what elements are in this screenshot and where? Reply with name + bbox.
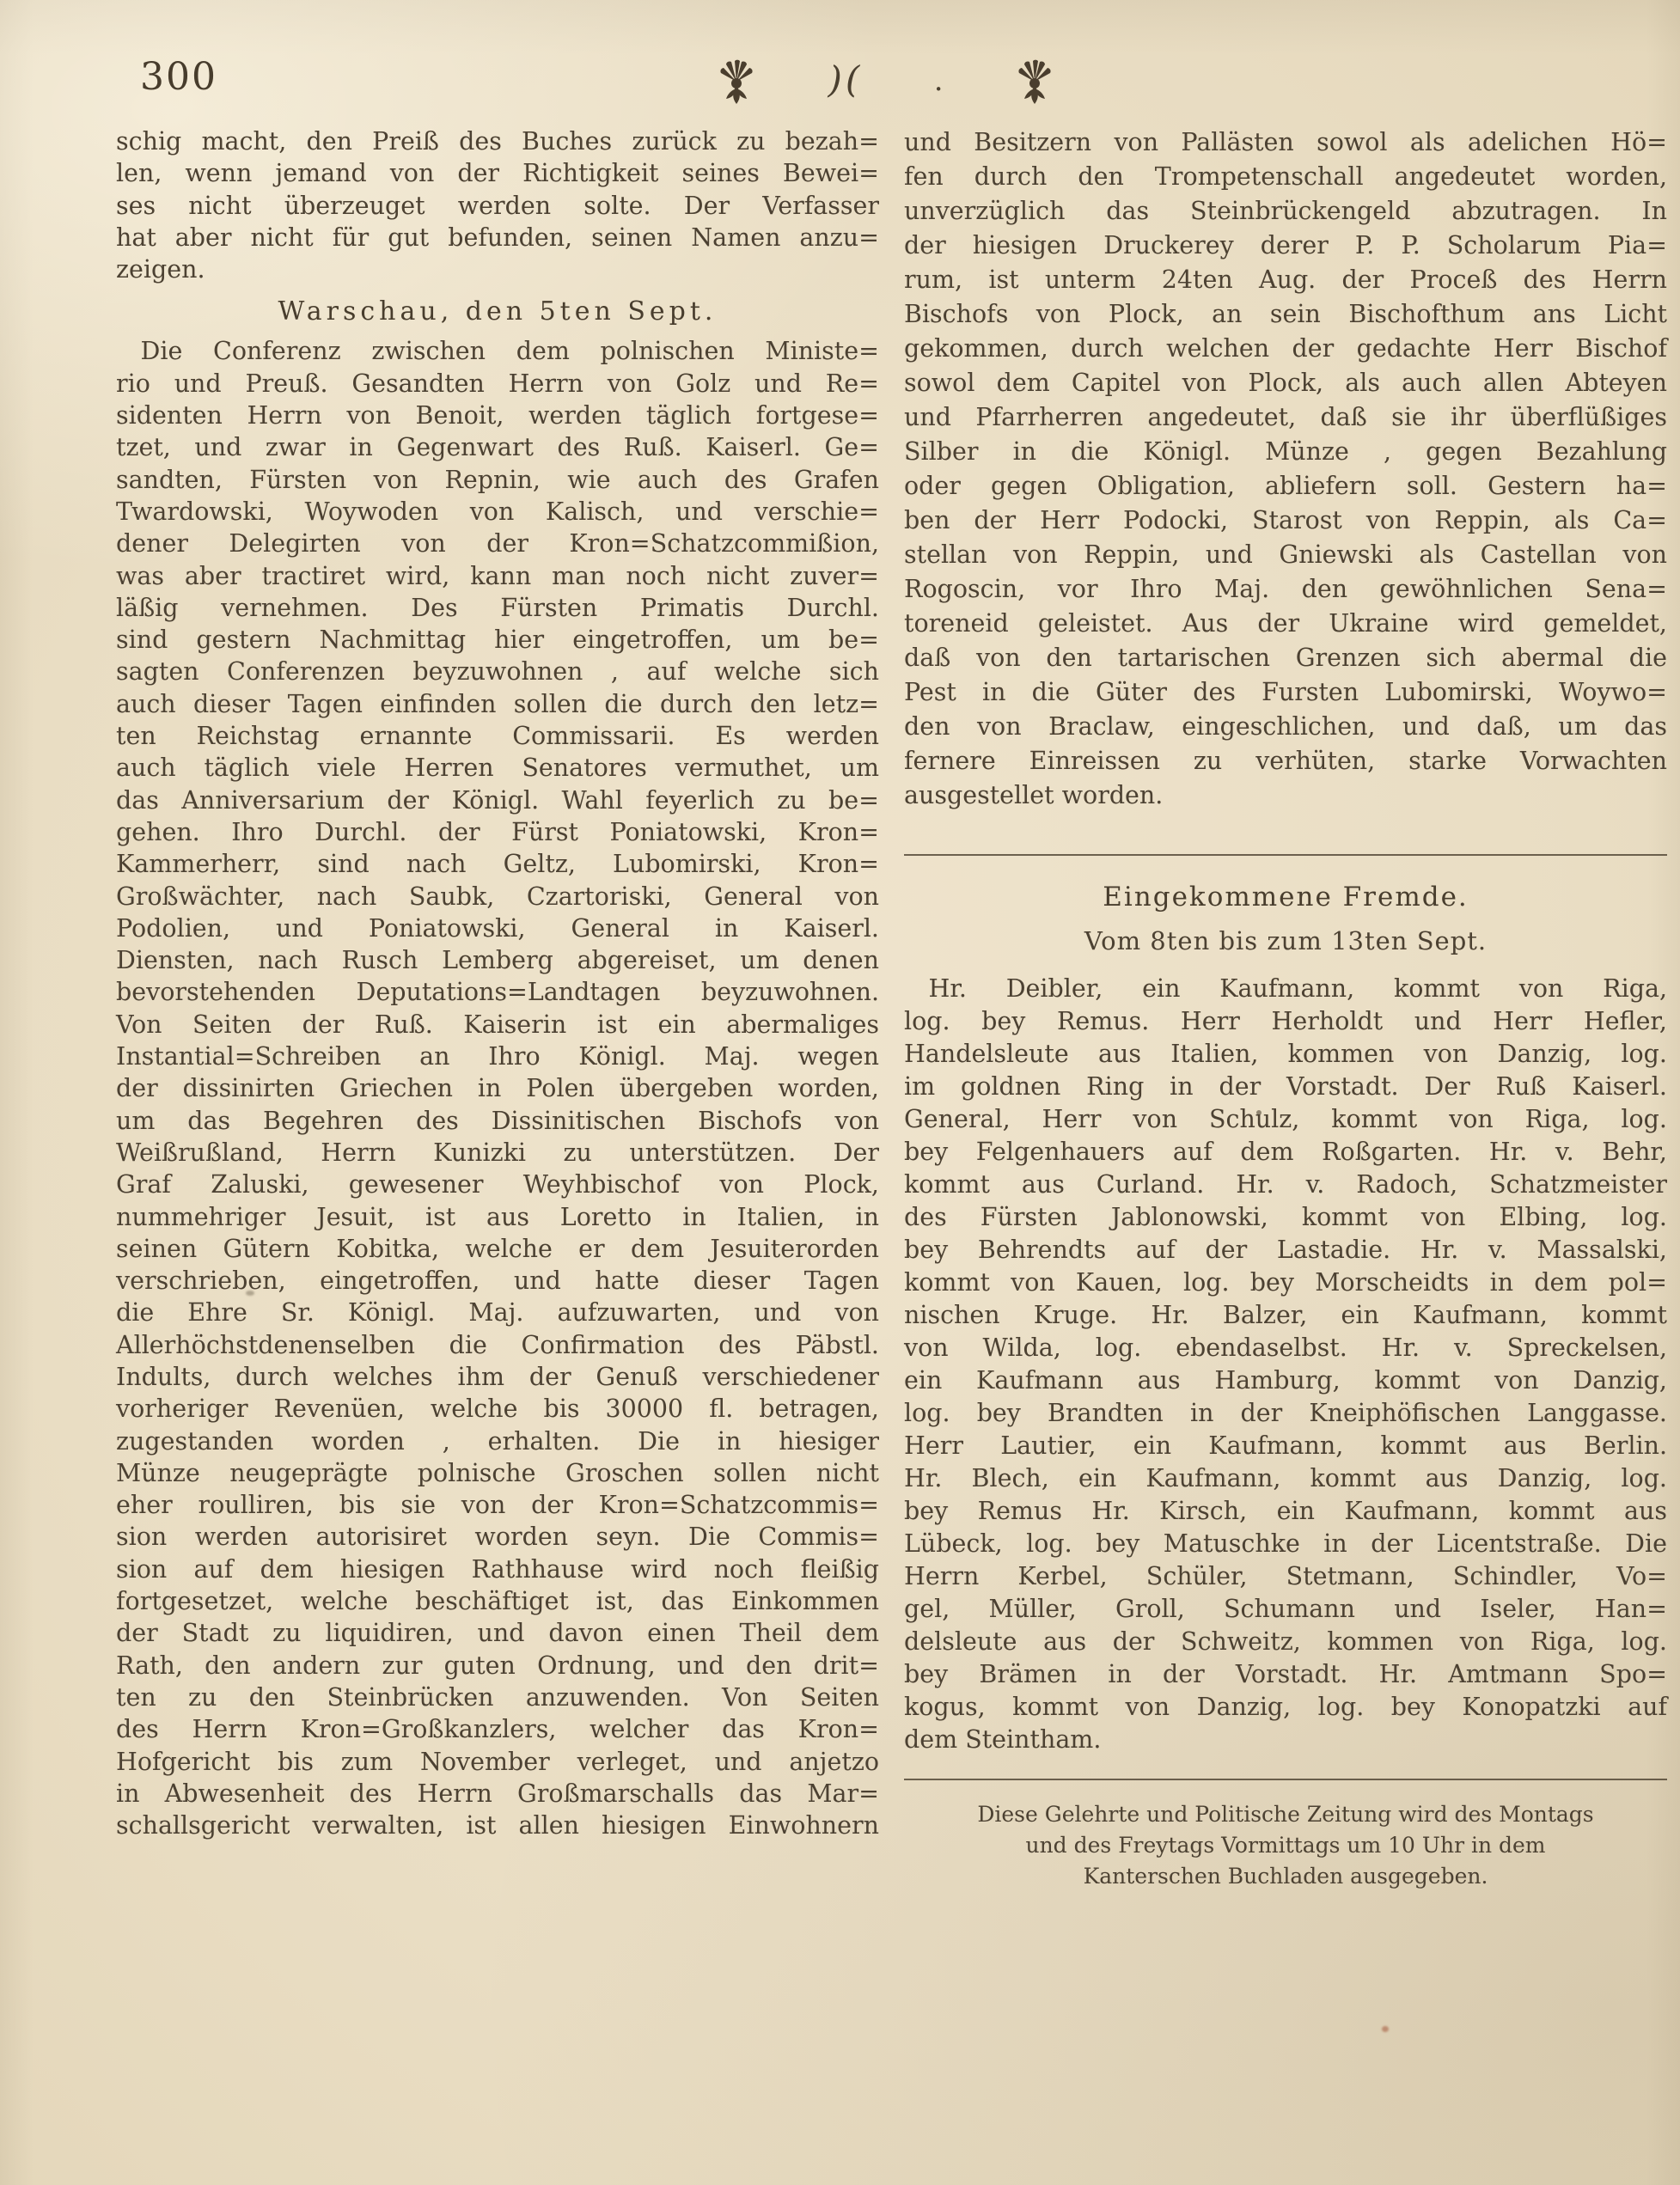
text-line: gel, Müller, Groll, Schumann und Iseler,… (904, 1593, 1667, 1626)
text-line: auch täglich viele Herren Senatores verm… (116, 752, 879, 784)
article-continuation-text: schig macht, den Preiß des Buches zurück… (116, 125, 879, 285)
text-line: verschrieben, eingetroffen, und hatte di… (116, 1265, 879, 1297)
paper-speck (1382, 2026, 1389, 2032)
text-line: um das Begehren des Dissinitischen Bisch… (116, 1105, 879, 1137)
text-line: daß von den tartarischen Grenzen sich ab… (904, 641, 1667, 675)
text-line: seinen Gütern Kobitka, welche er dem Jes… (116, 1233, 879, 1265)
arrivals-section-title: Eingekommene Fremde. (904, 882, 1667, 912)
text-line: toreneid geleistet. Aus der Ukraine wird… (904, 607, 1667, 641)
text-line: Von Seiten der Ruß. Kaiserin ist ein abe… (116, 1009, 879, 1041)
text-line: Hofgericht bis zum November verleget, un… (116, 1746, 879, 1778)
text-line: zugestanden worden , erhalten. Die in hi… (116, 1425, 879, 1457)
text-line: zeigen. (116, 253, 879, 285)
paper-speck (246, 1291, 254, 1296)
text-line: im goldnen Ring in der Vorstadt. Der Ruß… (904, 1071, 1667, 1103)
text-line: Weißrußland, Herrn Kunizki zu unterstütz… (116, 1137, 879, 1169)
shell-ornament-right-icon (1014, 59, 1055, 106)
text-line: und Pfarrherren angedeutet, daß sie ihr … (904, 400, 1667, 435)
text-line: Diensten, nach Rusch Lemberg abgereiset,… (116, 944, 879, 976)
shell-ornament-left-icon (716, 59, 757, 106)
text-line: rum, ist unterm 24ten Aug. der Proceß de… (904, 263, 1667, 297)
text-line: Twardowski, Woywoden von Kalisch, und ve… (116, 496, 879, 528)
text-line: bey Remus Hr. Kirsch, ein Kaufmann, komm… (904, 1495, 1667, 1528)
header-ornaments: )( . (716, 50, 1055, 115)
text-line: Podolien, und Poniatowski, General in Ka… (116, 912, 879, 944)
text-line: der Stadt zu liquidiren, und davon einen… (116, 1617, 879, 1649)
text-line: Hr. Deibler, ein Kaufmann, kommt von Rig… (904, 973, 1667, 1005)
text-line: kogus, kommt von Danzig, log. bey Konopa… (904, 1691, 1667, 1724)
text-line: Hr. Blech, ein Kaufmann, kommt aus Danzi… (904, 1462, 1667, 1495)
text-line: delsleute aus der Schweitz, kommen von R… (904, 1626, 1667, 1658)
left-column: schig macht, den Preiß des Buches zurück… (116, 125, 879, 1841)
text-line: kommt aus Curland. Hr. v. Radoch, Schatz… (904, 1169, 1667, 1201)
text-line: log. bey Remus. Herr Herholdt und Herr H… (904, 1005, 1667, 1038)
text-line: sowol dem Capitel von Plock, als auch al… (904, 366, 1667, 400)
text-line: in Abwesenheit des Herrn Großmarschalls … (116, 1778, 879, 1810)
text-line: ein Kaufmann aus Hamburg, kommt von Danz… (904, 1364, 1667, 1397)
text-line: len, wenn jemand von der Richtigkeit sei… (116, 157, 879, 189)
text-line: log. bey Brandten in der Kneiphöfischen … (904, 1397, 1667, 1430)
text-line: bey Brämen in der Vorstadt. Hr. Amtmann … (904, 1658, 1667, 1691)
page-number: 300 (140, 55, 217, 99)
text-line: bey Behrendts auf der Lastadie. Hr. v. M… (904, 1234, 1667, 1266)
column-separator-mark: )( (828, 58, 863, 101)
right-column: und Besitzern von Pallästen sowol als ad… (904, 125, 1667, 1892)
text-line: Handelsleute aus Italien, kommen von Dan… (904, 1038, 1667, 1071)
text-line: tzet, und zwar in Gegenwart des Ruß. Kai… (116, 431, 879, 463)
text-line: ses nicht überzeuget werden solte. Der V… (116, 190, 879, 222)
arrivals-list-text: Hr. Deibler, ein Kaufmann, kommt von Rig… (904, 973, 1667, 1756)
text-line: Indults, durch welches ihm der Genuß ver… (116, 1361, 879, 1393)
text-line: sind gestern Nachmittag hier eingetroffe… (116, 624, 879, 656)
text-line: und Besitzern von Pallästen sowol als ad… (904, 125, 1667, 160)
text-line: von Wilda, log. ebendaselbst. Hr. v. Spr… (904, 1332, 1667, 1364)
text-line: General, Herr von Schulz, kommt von Riga… (904, 1103, 1667, 1136)
text-line: die Ehre Sr. Königl. Maj. aufzuwarten, u… (116, 1297, 879, 1328)
text-line: unverzüglich das Steinbrückengeld abzutr… (904, 194, 1667, 229)
text-line: nischen Kruge. Hr. Balzer, ein Kaufmann,… (904, 1299, 1667, 1332)
text-line: rio und Preuß. Gesandten Herrn von Golz … (116, 368, 879, 400)
section-divider-rule (904, 854, 1667, 856)
text-line: gehen. Ihro Durchl. der Fürst Poniatowsk… (116, 816, 879, 848)
text-line: bevorstehenden Deputations=Landtagen bey… (116, 976, 879, 1008)
text-line: fen durch den Trompetenschall angedeutet… (904, 160, 1667, 194)
text-line: Münze neugeprägte polnische Groschen sol… (116, 1457, 879, 1489)
text-line: stellan von Reppin, und Gniewski als Cas… (904, 538, 1667, 572)
text-line: dem Steintham. (904, 1724, 1667, 1756)
text-line: Graf Zaluski, gewesener Weyhbischof von … (116, 1169, 879, 1200)
text-line: dener Delegirten von der Kron=Schatzcomm… (116, 528, 879, 559)
text-line: des Fürsten Jablonowski, kommt von Elbin… (904, 1201, 1667, 1234)
text-line: Pest in die Güter des Fursten Lubomirski… (904, 675, 1667, 710)
arrivals-date-range: Vom 8ten bis zum 13ten Sept. (904, 926, 1667, 955)
text-line: Allerhöchstdenenselben die Confirmation … (116, 1329, 879, 1361)
text-line: hat aber nicht für gut befunden, seinen … (116, 222, 879, 253)
text-line: auch dieser Tagen einfinden sollen die d… (116, 688, 879, 720)
text-line: Instantial=Schreiben an Ihro Königl. Maj… (116, 1041, 879, 1072)
text-line: läßig vernehmen. Des Fürsten Primatis Du… (116, 592, 879, 624)
text-line: Silber in die Königl. Münze , gegen Beza… (904, 435, 1667, 469)
warsaw-report-text: Die Conferenz zwischen dem polnischen Mi… (116, 335, 879, 1841)
text-line: kommt von Kauen, log. bey Morscheidts in… (904, 1266, 1667, 1299)
text-line: nummehriger Jesuit, ist aus Loretto in I… (116, 1201, 879, 1233)
text-line: Kanterschen Buchladen ausgegeben. (904, 1861, 1667, 1892)
text-line: Herrn Kerbel, Schüler, Stetmann, Schindl… (904, 1560, 1667, 1593)
text-line: sidenten Herrn von Benoit, werden täglic… (116, 400, 879, 431)
text-line: ben der Herr Podocki, Starost von Reppin… (904, 504, 1667, 538)
text-line: der dissinirten Griechen in Polen überge… (116, 1072, 879, 1104)
imprint-divider-rule (904, 1779, 1667, 1780)
text-line: Rogoscin, vor Ihro Maj. den gewöhnlichen… (904, 572, 1667, 607)
text-line: fernere Einreissen zu verhüten, starke V… (904, 744, 1667, 778)
text-line: den von Braclaw, eingeschlichen, und daß… (904, 710, 1667, 744)
text-line: was aber tractiret wird, kann man noch n… (116, 560, 879, 592)
text-line: vorheriger Revenüen, welche bis 30000 fl… (116, 1393, 879, 1425)
text-line: schig macht, den Preiß des Buches zurück… (116, 125, 879, 157)
text-line: Diese Gelehrte und Politische Zeitung wi… (904, 1799, 1667, 1830)
text-line: sagten Conferenzen beyzuwohnen , auf wel… (116, 656, 879, 687)
newspaper-scan-page: { "header": { "page_number": "300", "sep… (0, 0, 1680, 2185)
text-line: Bischofs von Plock, an sein Bischofthum … (904, 297, 1667, 332)
text-line: fortgesetzet, welche beschäftiget ist, d… (116, 1585, 879, 1617)
text-line: eher roulliren, bis sie von der Kron=Sch… (116, 1489, 879, 1521)
text-line: gekommen, durch welchen der gedachte Her… (904, 332, 1667, 366)
text-line: ausgestellet worden. (904, 778, 1667, 813)
text-line: bey Felgenhauers auf dem Roßgarten. Hr. … (904, 1136, 1667, 1169)
text-line: und des Freytags Vormittags um 10 Uhr in… (904, 1830, 1667, 1861)
text-line: der hiesigen Druckerey derer P. P. Schol… (904, 229, 1667, 263)
text-line: sion auf dem hiesigen Rathhause wird noc… (116, 1553, 879, 1585)
text-line: ten Reichstag ernannte Commissarii. Es w… (116, 720, 879, 752)
text-line: des Herrn Kron=Großkanzlers, welcher das… (116, 1713, 879, 1745)
text-line: Herr Lautier, ein Kaufmann, kommt aus Be… (904, 1430, 1667, 1462)
text-line: sandten, Fürsten von Repnin, wie auch de… (116, 464, 879, 496)
text-line: schallsgericht verwalten, ist allen hies… (116, 1810, 879, 1841)
dateline-heading: Warschau, den 5ten Sept. (116, 296, 879, 327)
imprint-notice-text: Diese Gelehrte und Politische Zeitung wi… (904, 1799, 1667, 1892)
text-line: das Anniversarium der Königl. Wahl feyer… (116, 784, 879, 816)
text-line: ten zu den Steinbrücken anzuwenden. Von … (116, 1681, 879, 1713)
text-line: Rath, den andern zur guten Ordnung, und … (116, 1650, 879, 1681)
right-article-text: und Besitzern von Pallästen sowol als ad… (904, 125, 1667, 813)
text-line: sion werden autorisiret worden seyn. Die… (116, 1521, 879, 1553)
text-line: Die Conferenz zwischen dem polnischen Mi… (116, 335, 879, 367)
paper-speck (1256, 1110, 1262, 1115)
text-line: Großwächter, nach Saubk, Czartoriski, Ge… (116, 881, 879, 912)
text-line: oder gegen Obligation, abliefern soll. G… (904, 469, 1667, 504)
text-line: Lübeck, log. bey Matuschke in der Licent… (904, 1528, 1667, 1560)
header-dot-mark: . (934, 64, 944, 98)
text-line: Kammerherr, sind nach Geltz, Lubomirski,… (116, 848, 879, 880)
